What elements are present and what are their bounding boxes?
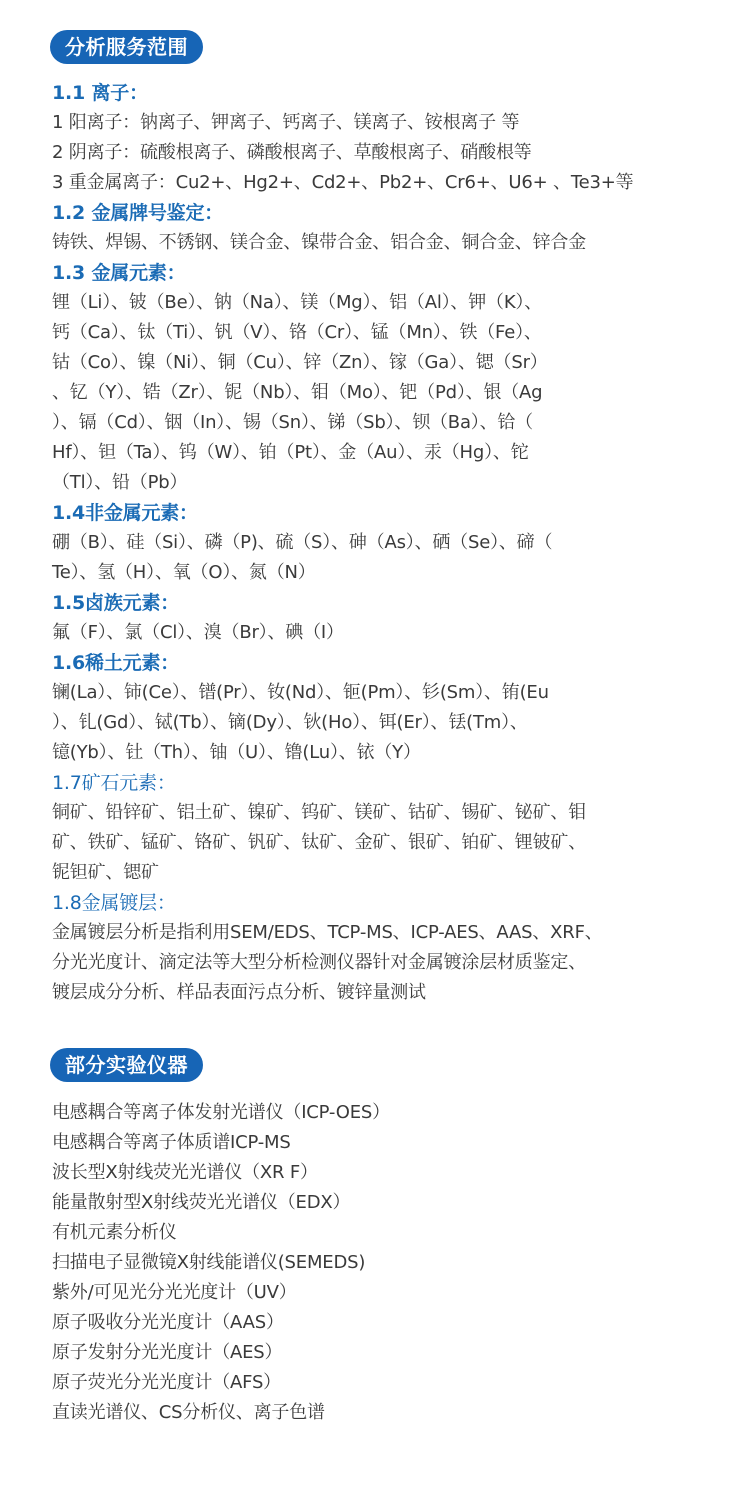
text-line: 分光光度计、滴定法等大型分析检测仪器针对金属镀涂层材质鉴定、 — [52, 948, 692, 978]
text-line: 钴（Co）、镍（Ni）、铜（Cu）、锌（Zn）、镓（Ga）、锶（Sr） — [52, 348, 692, 378]
section-heading-nonmetal-elements: 1.4非金属元素： — [52, 498, 692, 528]
text-line: 2 阴离子：硫酸根离子、磷酸根离子、草酸根离子、硝酸根等 — [52, 138, 692, 168]
text-line: 钙（Ca）、钛（Ti）、钒（V）、铬（Cr）、锰（Mn）、铁（Fe）、 — [52, 318, 692, 348]
text-line: 1 阳离子：钠离子、钾离子、钙离子、镁离子、铵根离子 等 — [52, 108, 692, 138]
text-line: 锂（Li）、铍（Be）、钠（Na）、镁（Mg）、铝（Al）、钾（K）、 — [52, 288, 692, 318]
text-line: 镱(Yb）、钍（Th）、铀（U）、镥(Lu）、铱（Y） — [52, 738, 692, 768]
text-line: 金属镀层分析是指利用SEM/EDS、TCP-MS、ICP-AES、AAS、XRF… — [52, 918, 692, 948]
instrument-item: 有机元素分析仪 — [52, 1218, 692, 1248]
section-heading-halogen-elements: 1.5卤族元素： — [52, 588, 692, 618]
section-badge-instruments: 部分实验仪器 — [50, 1048, 203, 1082]
text-line: 氟（F）、氯（Cl）、溴（Br）、碘（I） — [52, 618, 692, 648]
instrument-item: 电感耦合等离子体发射光谱仪（ICP-OES） — [52, 1098, 692, 1128]
section-heading-metal-coating: 1.8金属镀层： — [52, 888, 692, 918]
text-line: Te）、氢（H）、氧（O）、氮（N） — [52, 558, 692, 588]
instrument-item: 波长型X射线荧光光谱仪（XR F） — [52, 1158, 692, 1188]
text-line: 矿、铁矿、锰矿、铬矿、钒矿、钛矿、金矿、银矿、铂矿、锂铍矿、 — [52, 828, 692, 858]
text-line: ）、钆(Gd）、铽(Tb）、镝(Dy）、钬(Ho）、铒(Er）、铥(Tm）、 — [52, 708, 692, 738]
section-heading-ore-elements: 1.7矿石元素： — [52, 768, 692, 798]
text-line: 镀层成分分析、样品表面污点分析、镀锌量测试 — [52, 978, 692, 1008]
instrument-list: 电感耦合等离子体发射光谱仪（ICP-OES） 电感耦合等离子体质谱ICP-MS … — [52, 1098, 692, 1428]
section-heading-metal-elements: 1.3 金属元素： — [52, 258, 692, 288]
text-line: 、钇（Y）、锆（Zr）、铌（Nb）、钼（Mo）、钯（Pd）、银（Ag — [52, 378, 692, 408]
instrument-item: 电感耦合等离子体质谱ICP-MS — [52, 1128, 692, 1158]
analysis-scope-content: 1.1 离子： 1 阳离子：钠离子、钾离子、钙离子、镁离子、铵根离子 等 2 阴… — [52, 78, 692, 1008]
instrument-item: 原子吸收分光光度计（AAS） — [52, 1308, 692, 1338]
text-line: 镧(La）、铈(Ce）、镨(Pr）、钕(Nd）、钷(Pm）、钐(Sm）、铕(Eu — [52, 678, 692, 708]
text-line: 铜矿、铅锌矿、铝土矿、镍矿、钨矿、镁矿、钴矿、锡矿、铋矿、钼 — [52, 798, 692, 828]
instrument-item: 原子发射分光光度计（AES） — [52, 1338, 692, 1368]
text-line: （Tl）、铅（Pb） — [52, 468, 692, 498]
section-heading-rare-earth-elements: 1.6稀土元素： — [52, 648, 692, 678]
section-heading-ions: 1.1 离子： — [52, 78, 692, 108]
instrument-item: 紫外/可见光分光光度计（UV） — [52, 1278, 692, 1308]
instrument-item: 能量散射型X射线荧光光谱仪（EDX） — [52, 1188, 692, 1218]
instrument-item: 原子荧光分光光度计（AFS） — [52, 1368, 692, 1398]
text-line: 铸铁、焊锡、不锈钢、镁合金、镍带合金、铝合金、铜合金、锌合金 — [52, 228, 692, 258]
instrument-item: 扫描电子显微镜X射线能谱仪(SEMEDS) — [52, 1248, 692, 1278]
text-line: 铌钽矿、锶矿 — [52, 858, 692, 888]
section-heading-metal-grade: 1.2 金属牌号鉴定： — [52, 198, 692, 228]
text-line: Hf）、钽（Ta）、钨（W）、铂（Pt）、金（Au）、汞（Hg）、铊 — [52, 438, 692, 468]
instrument-item: 直读光谱仪、CS分析仪、离子色谱 — [52, 1398, 692, 1428]
text-line: 3 重金属离子：Cu2+、Hg2+、Cd2+、Pb2+、Cr6+、U6+ 、Te… — [52, 168, 692, 198]
section-badge-analysis-scope: 分析服务范围 — [50, 30, 203, 64]
text-line: 硼（B）、硅（Si）、磷（P)、硫（S）、砷（As）、硒（Se）、碲（ — [52, 528, 692, 558]
text-line: ）、镉（Cd）、铟（In）、锡（Sn）、锑（Sb）、钡（Ba）、铪（ — [52, 408, 692, 438]
